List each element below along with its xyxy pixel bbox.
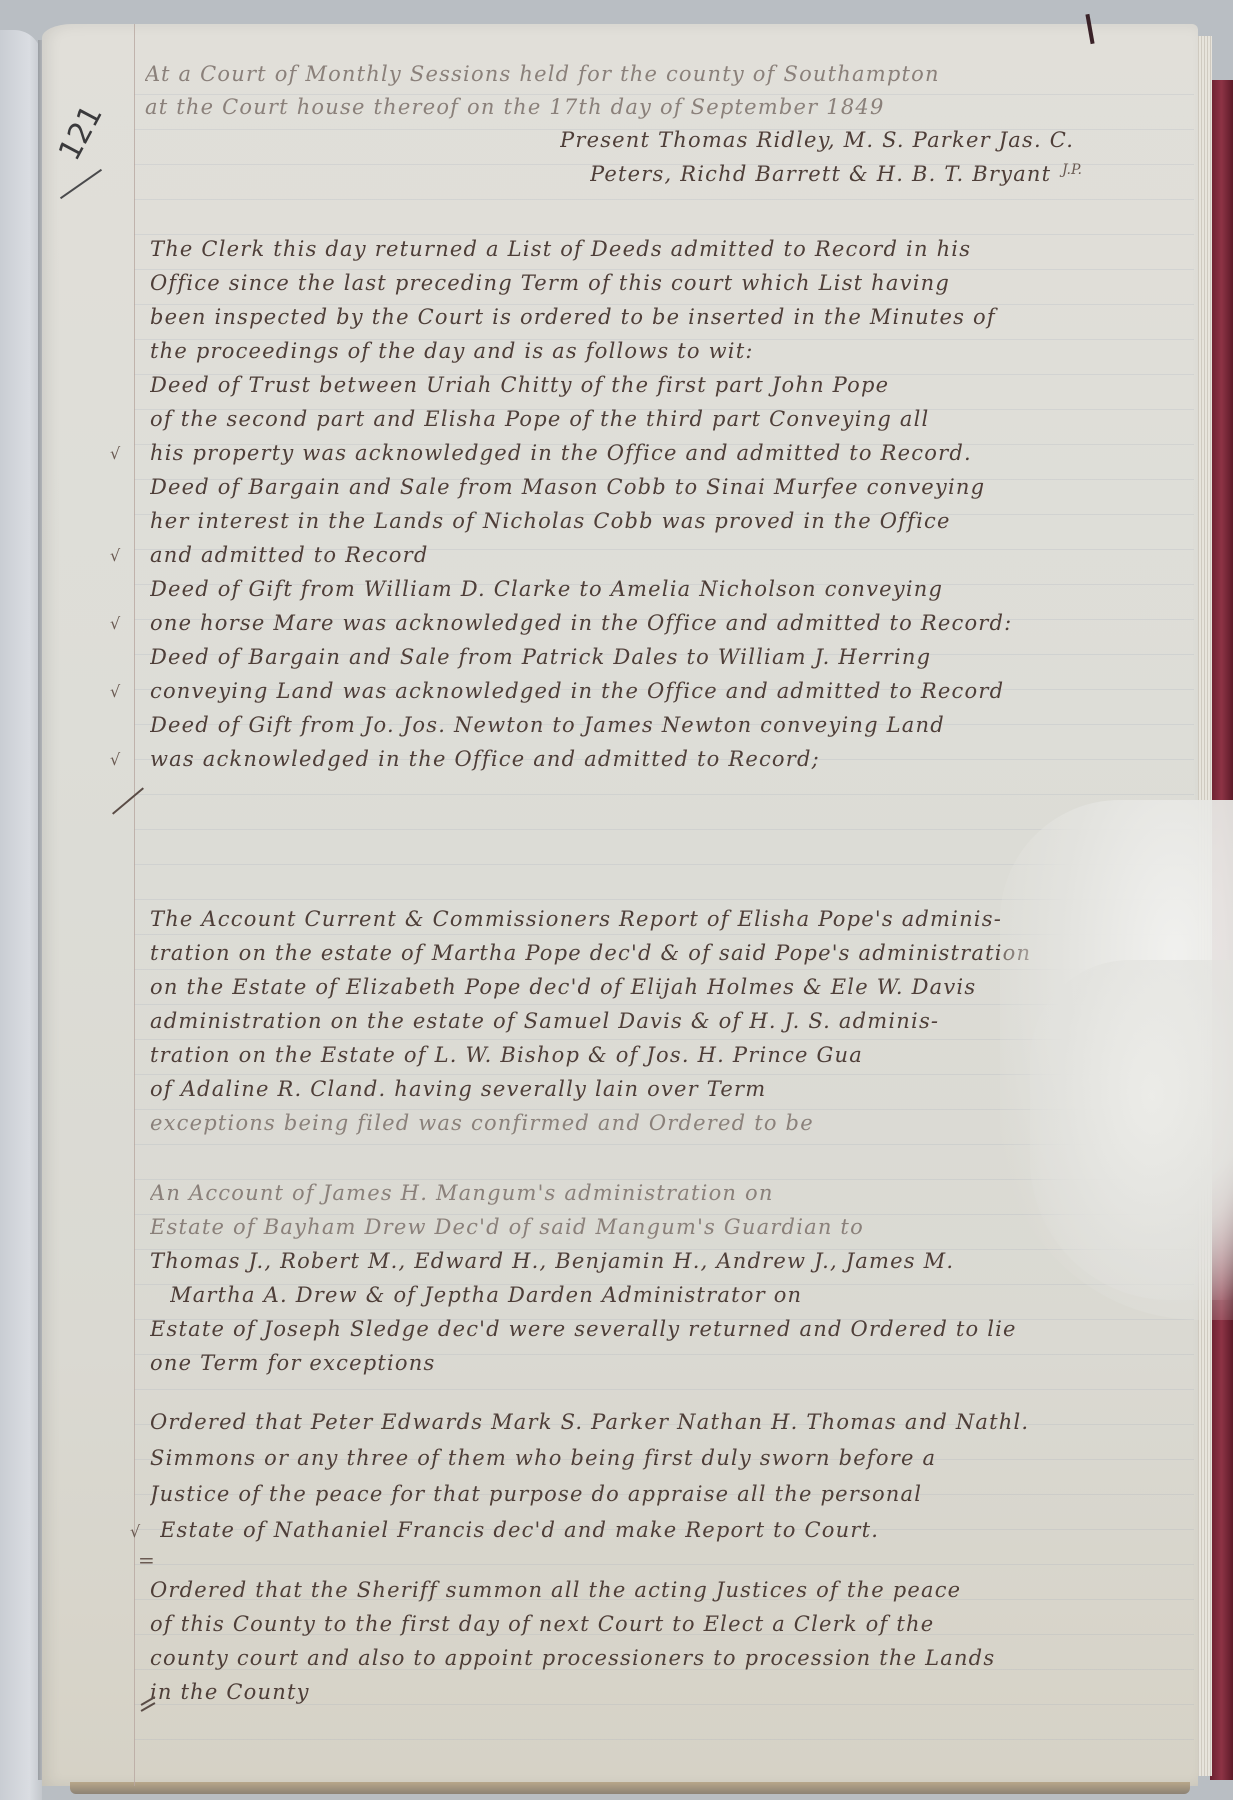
entry-1-line-2: Office since the last preceding Term of … [150,271,1190,295]
deed-1-line-1: Deed of Trust between Uriah Chitty of th… [150,373,1190,397]
header-line-2: at the Court house thereof on the 17th d… [145,95,1185,119]
margin-check-mark: √ [130,1522,140,1541]
deed-4-line-2: conveying Land was acknowledged in the O… [150,679,1190,703]
margin-check-mark: √ [110,546,120,565]
entry-4-line-2: Simmons or any three of them who being f… [150,1446,1190,1470]
entry-1-line-3: been inspected by the Court is ordered t… [150,305,1190,329]
deed-1-line-2: of the second part and Elisha Pope of th… [150,407,1190,431]
justices-bracket: J.P. [1062,162,1082,178]
deed-5-line-2: was acknowledged in the Office and admit… [150,747,1190,771]
deed-1-line-3: his property was acknowledged in the Off… [150,441,1190,465]
entry-4-line-3: Justice of the peace for that purpose do… [150,1482,1190,1506]
present-line-1: Present Thomas Ridley, M. S. Parker Jas.… [560,128,1233,152]
facing-page-edge [0,30,42,1800]
page-bottom-edge [70,1782,1190,1794]
entry-3-line-5: Estate of Joseph Sledge dec'd were sever… [150,1317,1190,1341]
deed-5-line-1: Deed of Gift from Jo. Jos. Newton to Jam… [150,713,1190,737]
entry-1-line-1: The Clerk this day returned a List of De… [150,237,1190,261]
entry-5-line-3: county court and also to appoint process… [150,1646,1190,1670]
entry-4-line-1: Ordered that Peter Edwards Mark S. Parke… [150,1410,1190,1434]
margin-check-mark: √ [110,444,120,463]
deed-3-line-2: one horse Mare was acknowledged in the O… [150,611,1190,635]
entry-3-line-4: Martha A. Drew & of Jeptha Darden Admini… [170,1283,1210,1307]
entry-1-line-4: the proceedings of the day and is as fol… [150,339,1190,363]
deed-3-line-1: Deed of Gift from William D. Clarke to A… [150,577,1190,601]
deed-2-line-2: her interest in the Lands of Nicholas Co… [150,509,1190,533]
entry-3-line-3: Thomas J., Robert M., Edward H., Benjami… [150,1249,1190,1273]
margin-check-mark: √ [110,614,120,633]
entry-5-line-1: Ordered that the Sheriff summon all the … [150,1578,1190,1602]
present-line-2: Peters, Richd Barrett & H. B. T. Bryant [590,162,1233,186]
margin-check-mark: √ [110,750,120,769]
margin-check-mark: √ [110,682,120,701]
entry-4-line-4: Estate of Nathaniel Francis dec'd and ma… [160,1518,1200,1542]
deed-4-line-1: Deed of Bargain and Sale from Patrick Da… [150,645,1190,669]
deed-2-line-1: Deed of Bargain and Sale from Mason Cobb… [150,475,1190,499]
deed-2-line-3: and admitted to Record [150,543,1190,567]
entry-5-line-2: of this County to the first day of next … [150,1612,1190,1636]
entry-3-line-6: one Term for exceptions [150,1351,1190,1375]
header-line-1: At a Court of Monthly Sessions held for … [145,62,1185,86]
entry-5-line-4: in the County [150,1680,1190,1704]
margin-double-dash: = [138,1548,155,1572]
